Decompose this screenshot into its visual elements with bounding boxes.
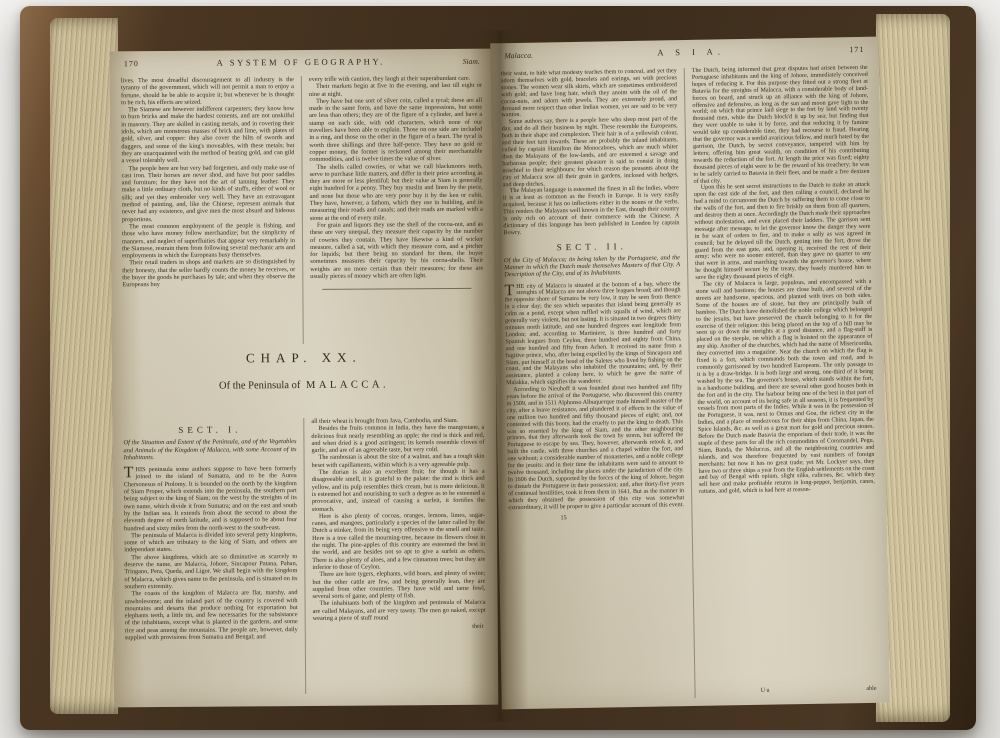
signature-line: U uable (761, 686, 877, 695)
chapter-title: Of the Peninsula of MALACCA. (112, 379, 496, 393)
right-page-number: 171 (849, 45, 864, 54)
chapter-title-name: MALACCA. (306, 379, 389, 391)
left-top-columns: lives. The most dreadful discouragement … (121, 75, 485, 346)
left-column-1-bottom: SECT. I.Of the Situation and Extent of t… (123, 418, 298, 695)
paragraph: The Malayan language is esteemed the fin… (503, 186, 680, 237)
paragraph: The people here are but very bad forgeme… (122, 164, 295, 224)
right-running-title: A S I A. (657, 46, 725, 57)
paragraph: According to Nieuhoff it was founded abo… (506, 384, 684, 511)
paragraph: The durian is also an excellent fruit; f… (312, 468, 485, 513)
paragraph: Their markets begin at five in the eveni… (309, 82, 482, 98)
section-heading: SECT. I. (123, 426, 296, 435)
paragraph: Some authors say, there is a people here… (502, 117, 679, 189)
paragraph: The Siamese are however indifferent carp… (121, 105, 294, 165)
left-column-1-top: lives. The most dreadful discouragement … (121, 76, 296, 345)
left-running-title: A SYSTEM OF GEOGRAPHY. (217, 56, 385, 67)
column-rule (303, 418, 306, 694)
paragraph: They have but one sort of silver coin, c… (309, 97, 482, 164)
paragraph: lives. The most dreadful discouragement … (121, 76, 294, 106)
book: 170 A SYSTEM OF GEOGRAPHY. Siam. lives. … (20, 6, 976, 730)
catchword: their (313, 623, 486, 632)
paragraph: The rambostan is about the size of a wal… (312, 453, 485, 469)
press-signature: U u (761, 688, 770, 695)
left-column-2-bottom: all their wheat is brought from Java, Ca… (311, 417, 486, 694)
left-page-number: 170 (124, 59, 139, 68)
paragraph: Here is also plenty of cocoas, oranges, … (312, 512, 485, 572)
chapter-title-prefix: Of the Peninsula of (219, 380, 300, 392)
left-page: 170 A SYSTEM OF GEOGRAPHY. Siam. lives. … (110, 49, 499, 708)
paragraph: Their retail traders in shops and market… (122, 258, 295, 288)
paragraph: Upon this he sent secret instructions to… (694, 182, 872, 282)
paragraph: THIS peninsula some authors suppose to h… (124, 465, 297, 532)
catchword: able (866, 686, 876, 693)
paragraph: The peninsula of Malacca is divided into… (124, 531, 297, 554)
section-end-rule (322, 288, 471, 290)
paragraph: their waist, to hide what modesty teache… (501, 68, 678, 119)
right-columns: their waist, to hide what modesty teache… (501, 65, 880, 701)
paragraph: The shells called cowries, or what we ca… (310, 162, 483, 222)
left-column-2-top: every trifle with caution, they laugh at… (309, 75, 484, 344)
paragraph: The most common employment of the people… (122, 222, 295, 260)
paragraph: THE city of Malacca is situated at the b… (504, 281, 682, 388)
paragraph: The inhabitants both of the kingdom and … (313, 599, 486, 622)
paragraph: For grain and liquors they use the shell… (310, 221, 483, 281)
left-running-head: Siam. (463, 57, 480, 66)
right-column-1: their waist, to hide what modesty teache… (501, 68, 688, 701)
left-bottom-columns: SECT. I.Of the Situation and Extent of t… (123, 417, 487, 696)
paragraph: The city of Malacca is large, populous, … (695, 279, 875, 496)
paragraph: The Dutch, being informed that great dis… (692, 65, 870, 185)
paragraph: The coasts of the kingdom of Malacca are… (124, 589, 297, 641)
right-page-header: Malacca. A S I A. 171 (504, 44, 864, 60)
section-heading: SECT. II. (504, 242, 680, 252)
right-column-2: The Dutch, being informed that great dis… (692, 65, 879, 698)
chapter-number: CHAP. XX. (112, 349, 496, 368)
column-rule (301, 76, 304, 344)
paragraph: Besides the fruits common in India, they… (311, 424, 484, 454)
section-argument: Of the City of Malacca; its being taken … (504, 254, 680, 279)
paragraph: There are here tygers, elephants, wild b… (312, 570, 485, 600)
right-page: Malacca. A S I A. 171 their waist, to hi… (490, 37, 890, 710)
section-argument: Of the Situation and Extent of the Penin… (123, 438, 296, 461)
chapter-heading: CHAP. XX. Of the Peninsula of MALACCA. (112, 349, 496, 393)
left-page-header: 170 A SYSTEM OF GEOGRAPHY. Siam. (124, 56, 480, 68)
left-page-edges (50, 18, 118, 714)
paragraph: The above kingdoms, which are so diminut… (124, 553, 297, 591)
press-signature: 15 (508, 514, 684, 524)
right-running-head: Malacca. (504, 51, 533, 60)
